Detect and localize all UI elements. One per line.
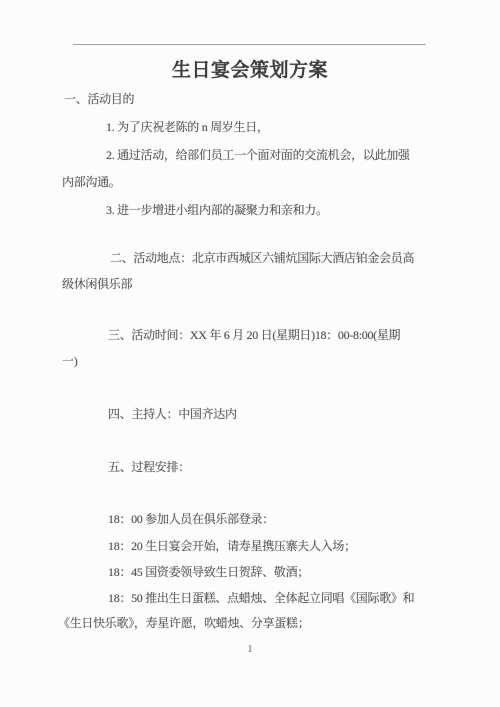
page-number: 1	[0, 644, 500, 655]
section1-item2-line1: 2. 通过活动，给部们员工一个面对面的交流机会，以此加强	[106, 148, 410, 162]
schedule-line4-line2: 《生日快乐歌》，寿星许愿，吹蜡烛、分享蛋糕；	[58, 616, 309, 630]
section1-item2-line2: 内部沟通。	[62, 175, 121, 189]
section2-line2: 级休闲俱乐部	[62, 277, 132, 291]
schedule-line1: 18：00 参加人员在俱乐部登录：	[108, 512, 274, 526]
section3-line2: 一)	[62, 354, 77, 368]
section1-item1: 1. 为了庆祝老陈的 n 周岁生日，	[106, 120, 269, 134]
document-title: 生日宴会策划方案	[0, 59, 500, 83]
schedule-line2: 18：20 生日宴会开始，请寿星携压寨夫人入场；	[108, 539, 356, 553]
header-rule	[73, 44, 426, 45]
section2-line1: 二、活动地点：北京市西城区六铺炕国际大酒店铂金会员高	[110, 251, 414, 265]
schedule-line4-line1: 18：50 推出生日蛋糕、点蜡烛、全体起立同唱《国际歌》和	[108, 591, 414, 605]
section3-line1: 三、活动时间：XX 年 6 月 20 日(星期日)18：00-8:00(星期	[108, 328, 400, 342]
section1-item3: 3. 进一步增进小组内部的凝聚力和亲和力。	[106, 203, 328, 217]
section1-heading: 一、活动目的	[64, 92, 134, 106]
section5-heading: 五、过程安排：	[108, 460, 190, 474]
schedule-line3: 18：45 国资委领导致生日贺辞、敬酒；	[108, 565, 309, 579]
section4-line: 四、主持人：中国齐达内	[108, 407, 237, 421]
document-page: 生日宴会策划方案 一、活动目的 1. 为了庆祝老陈的 n 周岁生日， 2. 通过…	[0, 0, 500, 707]
